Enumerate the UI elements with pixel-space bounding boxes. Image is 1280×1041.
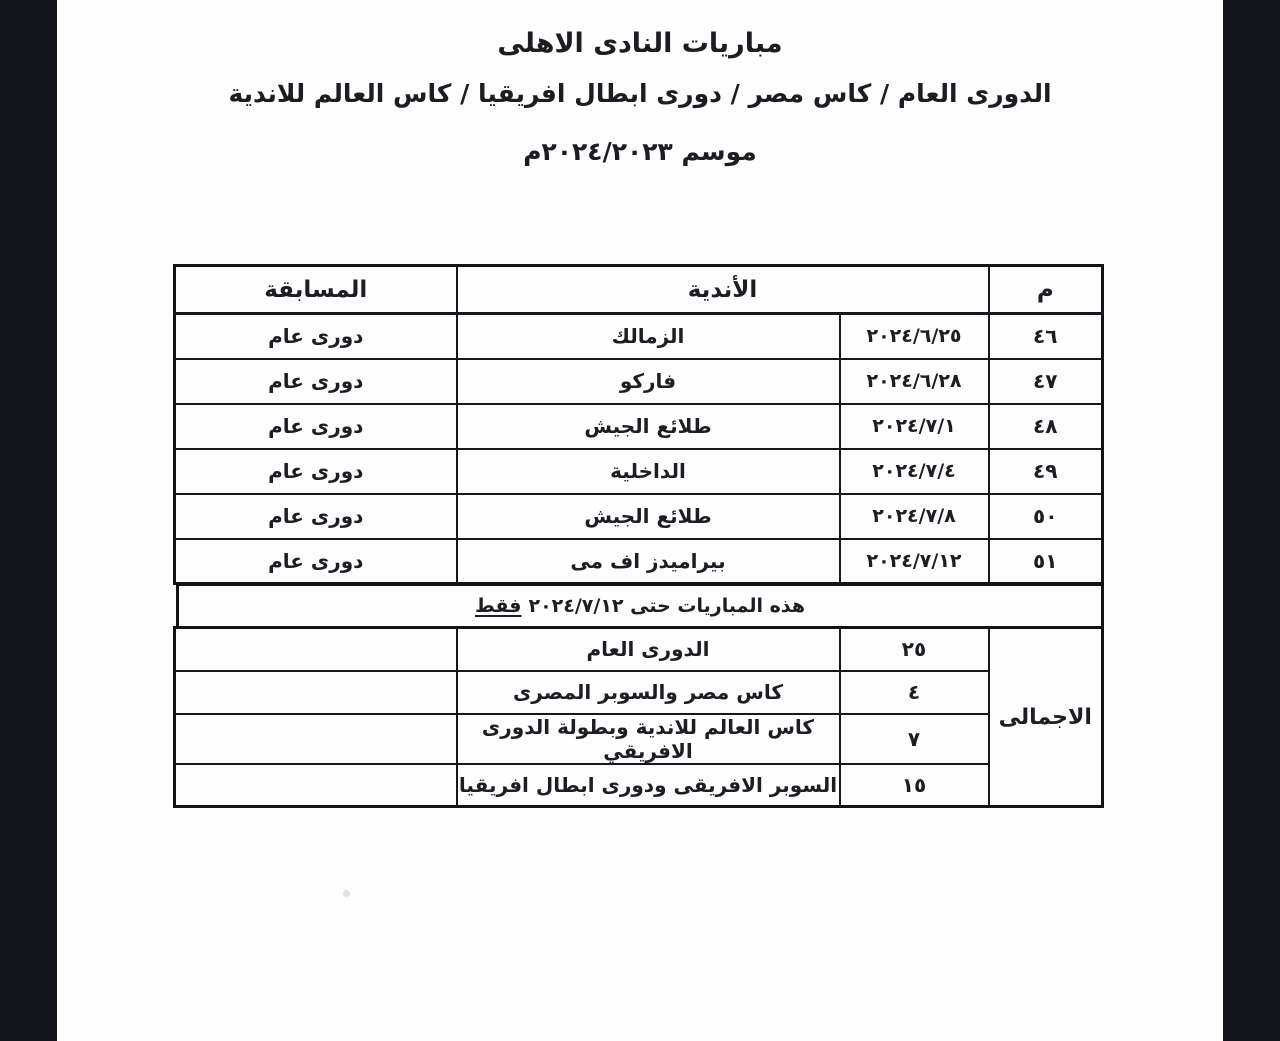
summary-count-cell: ٢٥ <box>840 628 989 671</box>
club-name-cell: الداخلية <box>457 449 840 494</box>
competition-cell: دورى عام <box>175 314 457 359</box>
club-name-cell: طلائع الجيش <box>457 404 840 449</box>
season-line: موسم ٢٠٢٤/٢٠٢٣م <box>57 137 1223 166</box>
summary-label-cell: الدورى العام <box>457 628 840 671</box>
summary-empty-cell <box>175 628 457 671</box>
match-row: ٤٧ ٢٠٢٤/٦/٢٨ فاركو دورى عام <box>175 359 1103 404</box>
summary-label-cell: كاس مصر والسوبر المصرى <box>457 671 840 714</box>
summary-count-cell: ٧ <box>840 714 989 764</box>
matches-header-row: م الأندية المسابقة <box>175 266 1103 314</box>
summary-table: الاجمالى ٢٥ الدورى العام ٤ كاس مصر والسو… <box>173 626 1104 808</box>
club-name-cell: فاركو <box>457 359 840 404</box>
matches-table: م الأندية المسابقة ٤٦ ٢٠٢٤/٦/٢٥ الزمالك … <box>173 264 1104 585</box>
scan-artifact-dot <box>343 890 350 897</box>
document-page: مباريات النادى الاهلى الدورى العام / كاس… <box>57 0 1223 1041</box>
competition-cell: دورى عام <box>175 404 457 449</box>
summary-row: ٧ كاس العالم للاندية وبطولة الدورى الافر… <box>175 714 1103 764</box>
summary-empty-cell <box>175 764 457 807</box>
club-name-cell: بيراميدز اف مى <box>457 539 840 584</box>
note-banner: هذه المباريات حتى ٢٠٢٤/٧/١٢ فقط <box>176 582 1104 629</box>
match-number-cell: ٤٧ <box>989 359 1103 404</box>
match-row: ٤٦ ٢٠٢٤/٦/٢٥ الزمالك دورى عام <box>175 314 1103 359</box>
match-date-cell: ٢٠٢٤/٧/١ <box>840 404 989 449</box>
total-label-cell: الاجمالى <box>989 628 1103 807</box>
match-number-cell: ٤٦ <box>989 314 1103 359</box>
match-date-cell: ٢٠٢٤/٧/١٢ <box>840 539 989 584</box>
note-text: هذه المباريات حتى ٢٠٢٤/٧/١٢ <box>528 595 805 617</box>
summary-empty-cell <box>175 714 457 764</box>
club-name-cell: طلائع الجيش <box>457 494 840 539</box>
document-title: مباريات النادى الاهلى <box>57 28 1223 59</box>
match-row: ٤٩ ٢٠٢٤/٧/٤ الداخلية دورى عام <box>175 449 1103 494</box>
match-row: ٥١ ٢٠٢٤/٧/١٢ بيراميدز اف مى دورى عام <box>175 539 1103 584</box>
match-number-cell: ٤٩ <box>989 449 1103 494</box>
match-date-cell: ٢٠٢٤/٧/٤ <box>840 449 989 494</box>
match-date-cell: ٢٠٢٤/٧/٨ <box>840 494 989 539</box>
summary-label-cell: كاس العالم للاندية وبطولة الدورى الافريق… <box>457 714 840 764</box>
column-header-competition: المسابقة <box>175 266 457 314</box>
match-number-cell: ٤٨ <box>989 404 1103 449</box>
summary-row: ١٥ السوبر الافريقى ودورى ابطال افريقيا <box>175 764 1103 807</box>
column-header-clubs: الأندية <box>457 266 989 314</box>
note-emphasis: فقط <box>475 595 521 617</box>
summary-empty-cell <box>175 671 457 714</box>
competition-cell: دورى عام <box>175 359 457 404</box>
competition-cell: دورى عام <box>175 494 457 539</box>
competition-cell: دورى عام <box>175 449 457 494</box>
match-date-cell: ٢٠٢٤/٦/٢٥ <box>840 314 989 359</box>
match-row: ٥٠ ٢٠٢٤/٧/٨ طلائع الجيش دورى عام <box>175 494 1103 539</box>
club-name-cell: الزمالك <box>457 314 840 359</box>
summary-row: الاجمالى ٢٥ الدورى العام <box>175 628 1103 671</box>
match-date-cell: ٢٠٢٤/٦/٢٨ <box>840 359 989 404</box>
match-number-cell: ٥١ <box>989 539 1103 584</box>
summary-row: ٤ كاس مصر والسوبر المصرى <box>175 671 1103 714</box>
competitions-line: الدورى العام / كاس مصر / دورى ابطال افري… <box>57 79 1223 108</box>
match-row: ٤٨ ٢٠٢٤/٧/١ طلائع الجيش دورى عام <box>175 404 1103 449</box>
tables-area: م الأندية المسابقة ٤٦ ٢٠٢٤/٦/٢٥ الزمالك … <box>176 264 1104 808</box>
page-background: مباريات النادى الاهلى الدورى العام / كاس… <box>0 0 1280 1041</box>
summary-label-cell: السوبر الافريقى ودورى ابطال افريقيا <box>457 764 840 807</box>
match-number-cell: ٥٠ <box>989 494 1103 539</box>
summary-count-cell: ٤ <box>840 671 989 714</box>
summary-count-cell: ١٥ <box>840 764 989 807</box>
competition-cell: دورى عام <box>175 539 457 584</box>
column-header-num: م <box>989 266 1103 314</box>
